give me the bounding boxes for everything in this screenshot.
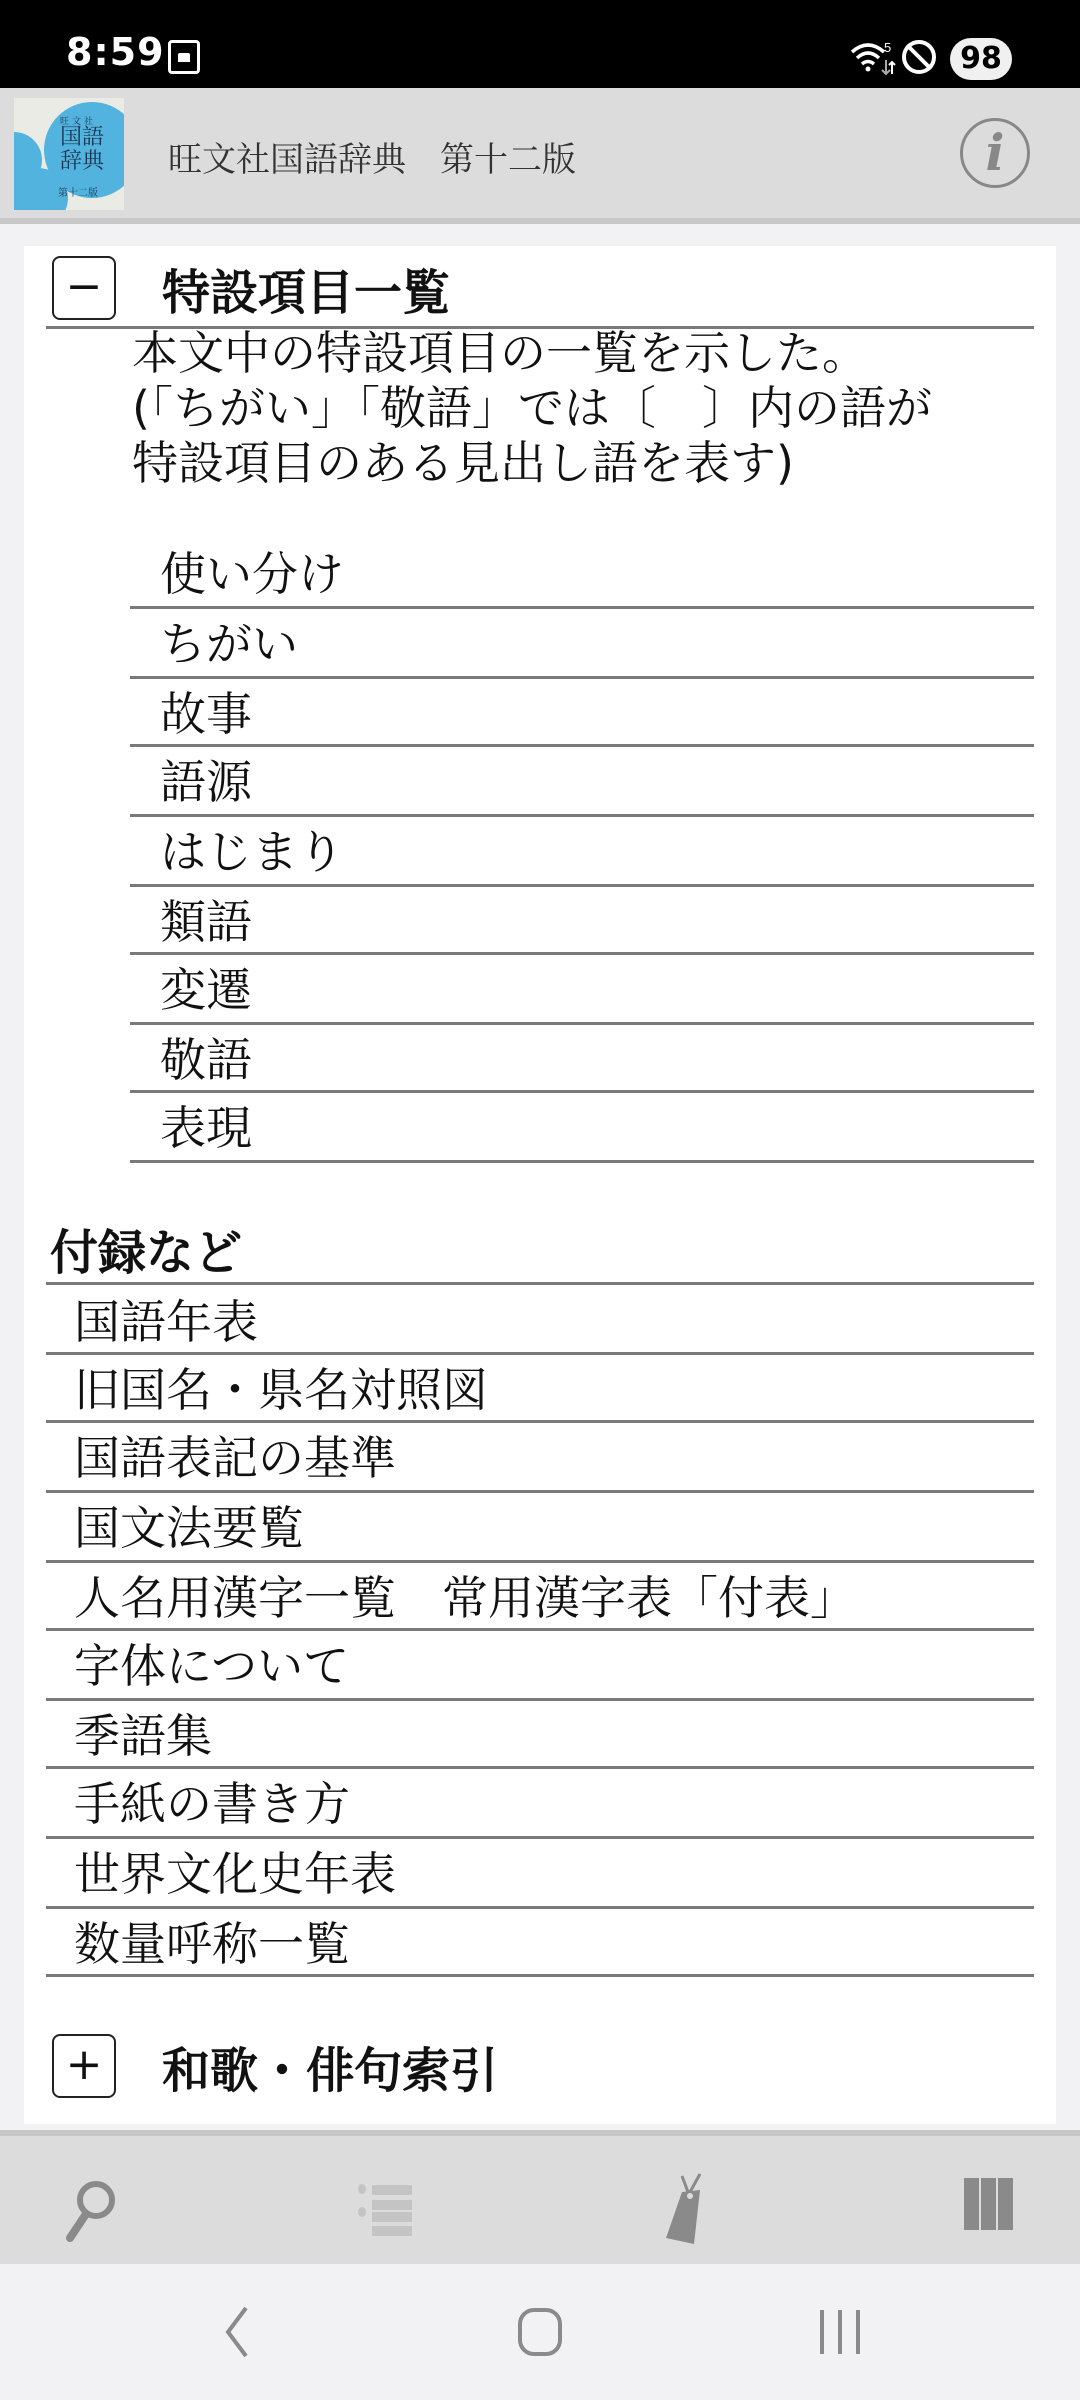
appendix-item[interactable]: 国語年表 <box>74 1286 258 1352</box>
appendix-item[interactable]: 世界文化史年表 <box>74 1838 396 1904</box>
list-icon[interactable] <box>356 2182 416 2242</box>
appendix-item[interactable]: 数量呼称一覧 <box>74 1908 350 1974</box>
divider <box>46 1974 1034 1977</box>
bookmark-tag-icon[interactable] <box>660 2172 716 2246</box>
magnifier-icon[interactable] <box>54 2176 124 2246</box>
section-title-special[interactable]: 特設項目一覧 <box>162 254 450 323</box>
divider <box>130 1022 1034 1025</box>
back-icon[interactable] <box>216 2304 256 2360</box>
list-item-tsukaiwake[interactable]: 使い分け <box>160 538 344 604</box>
divider <box>130 744 1034 747</box>
appendix-item[interactable]: 人名用漢字一覧 常用漢字表「付表」 <box>74 1562 856 1628</box>
contents-panel: − 特設項目一覧 本文中の特設項目の一覧を示した。 (「ちがい」「敬語」では〔 … <box>24 246 1056 2124</box>
appendix-item[interactable]: 季語集 <box>74 1700 212 1766</box>
appendix-item[interactable]: 国語表記の基準 <box>74 1422 396 1488</box>
divider <box>130 952 1034 955</box>
svg-text:5: 5 <box>884 40 891 55</box>
list-item-hajimari[interactable]: はじまり <box>160 816 344 882</box>
app-bar: 旺文社 国語辞典 第十二版 旺文社国語辞典 第十二版 i <box>0 88 1080 224</box>
divider <box>130 676 1034 679</box>
bottom-toolbar <box>0 2130 1080 2270</box>
battery-indicator: 98 <box>950 38 1012 80</box>
section-title-appendix: 付録など <box>50 1214 242 1283</box>
app-title: 旺文社国語辞典 第十二版 <box>168 132 576 181</box>
clock: 8:59 <box>66 30 165 74</box>
list-item-hensen[interactable]: 変遷 <box>160 954 252 1020</box>
list-item-hyogen[interactable]: 表現 <box>160 1092 252 1158</box>
appendix-item[interactable]: 旧国名・県名対照図 <box>74 1354 488 1420</box>
section-title-poetry-index[interactable]: 和歌・俳句索引 <box>162 2032 498 2101</box>
info-icon: i <box>986 123 1005 182</box>
divider <box>130 1090 1034 1093</box>
list-item-keigo[interactable]: 敬語 <box>160 1024 252 1090</box>
app-logo: 旺文社 国語辞典 第十二版 <box>14 98 124 210</box>
divider <box>130 884 1034 887</box>
home-icon[interactable] <box>512 2304 568 2360</box>
list-item-chigai[interactable]: ちがい <box>160 608 298 674</box>
books-icon[interactable] <box>962 2176 1016 2232</box>
appendix-item[interactable]: 字体について <box>74 1630 349 1696</box>
status-bar: 8:59 5 98 <box>0 0 1080 88</box>
recents-icon[interactable] <box>812 2304 868 2360</box>
screenshot-icon <box>168 40 200 74</box>
appendix-item[interactable]: 国文法要覧 <box>74 1492 304 1558</box>
wifi-icon: 5 <box>850 38 896 78</box>
divider <box>46 1282 1034 1285</box>
list-item-gogen[interactable]: 語源 <box>160 746 252 812</box>
section-description: 本文中の特設項目の一覧を示した。 (「ちがい」「敬語」では〔 〕内の語が 特設項… <box>132 326 1032 491</box>
expand-poetry-section-button[interactable]: + <box>52 2034 116 2098</box>
appendix-item[interactable]: 手紙の書き方 <box>74 1768 350 1834</box>
list-item-koji[interactable]: 故事 <box>160 678 252 744</box>
info-button[interactable]: i <box>960 118 1030 188</box>
list-item-ruigo[interactable]: 類語 <box>160 886 252 952</box>
system-nav-bar <box>0 2264 1080 2400</box>
collapse-special-section-button[interactable]: − <box>52 256 116 320</box>
do-not-disturb-icon <box>902 40 936 74</box>
divider <box>130 1160 1034 1163</box>
